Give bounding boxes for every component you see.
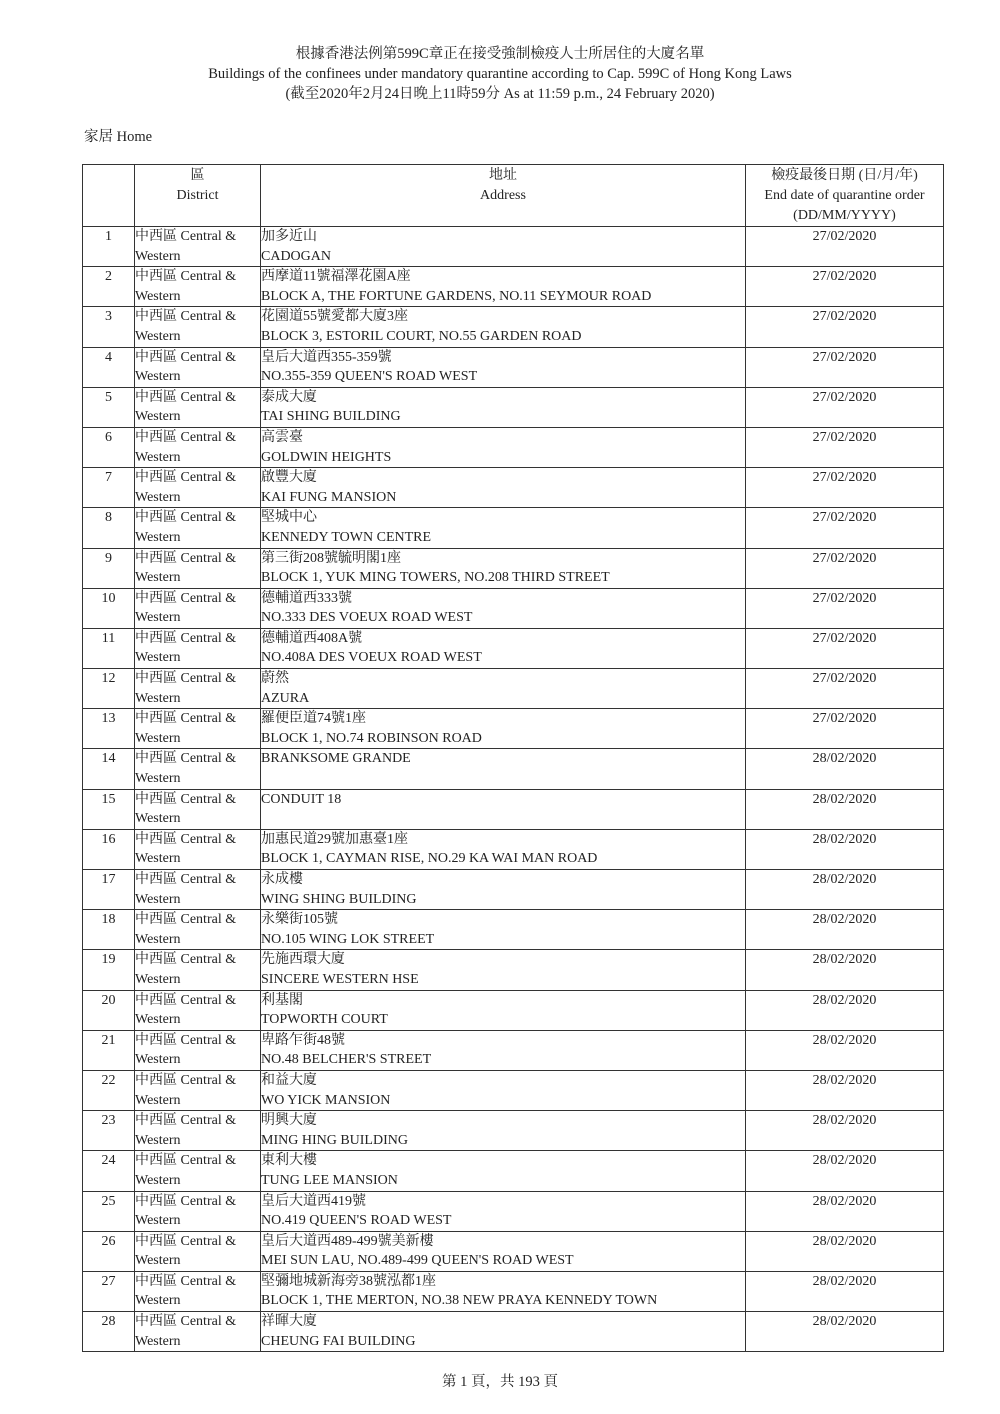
address-cell: BRANKSOME GRANDE (261, 749, 746, 789)
end-date-cell: 27/02/2020 (746, 508, 944, 548)
title-english: Buildings of the confinees under mandato… (0, 64, 1000, 84)
row-number: 1 (83, 227, 135, 267)
row-number: 25 (83, 1191, 135, 1231)
address-cell: 東利大樓 TUNG LEE MANSION (261, 1151, 746, 1191)
table-row: 3 中西區 Central & Western 花園道55號愛都大廈3座 BLO… (83, 307, 944, 347)
table-row: 1 中西區 Central & Western 加多近山 CADOGAN 27/… (83, 227, 944, 267)
row-number: 11 (83, 628, 135, 668)
table-row: 9 中西區 Central & Western 第三街208號毓明閣1座 BLO… (83, 548, 944, 588)
table-row: 18 中西區 Central & Western 永樂街105號 NO.105 … (83, 910, 944, 950)
table-row: 11 中西區 Central & Western 德輔道西408A號 NO.40… (83, 628, 944, 668)
row-number: 7 (83, 468, 135, 508)
title-chinese: 根據香港法例第599C章正在接受強制檢疫人士所居住的大廈名單 (0, 44, 1000, 64)
row-number: 18 (83, 910, 135, 950)
row-number: 17 (83, 870, 135, 910)
address-cell: 泰成大廈 TAI SHING BUILDING (261, 387, 746, 427)
district-cell: 中西區 Central & Western (135, 468, 261, 508)
row-number: 5 (83, 387, 135, 427)
table-row: 17 中西區 Central & Western 永成樓 WING SHING … (83, 870, 944, 910)
address-cell: 德輔道西408A號 NO.408A DES VOEUX ROAD WEST (261, 628, 746, 668)
address-cell: 羅便臣道74號1座 BLOCK 1, NO.74 ROBINSON ROAD (261, 709, 746, 749)
address-cell: 永樂街105號 NO.105 WING LOK STREET (261, 910, 746, 950)
district-cell: 中西區 Central & Western (135, 227, 261, 267)
row-number: 23 (83, 1111, 135, 1151)
end-date-cell: 28/02/2020 (746, 1151, 944, 1191)
end-date-cell: 28/02/2020 (746, 1312, 944, 1352)
table-row: 27 中西區 Central & Western 堅彌地城新海旁38號泓都1座 … (83, 1271, 944, 1311)
table-row: 13 中西區 Central & Western 羅便臣道74號1座 BLOCK… (83, 709, 944, 749)
end-date-cell: 28/02/2020 (746, 1111, 944, 1151)
row-number: 24 (83, 1151, 135, 1191)
table-row: 7 中西區 Central & Western 啟豐大廈 KAI FUNG MA… (83, 468, 944, 508)
district-cell: 中西區 Central & Western (135, 1191, 261, 1231)
table-row: 19 中西區 Central & Western 先施西環大廈 SINCERE … (83, 950, 944, 990)
column-header-no (83, 165, 135, 227)
district-cell: 中西區 Central & Western (135, 1151, 261, 1191)
section-heading: 家居 Home (84, 125, 152, 146)
end-date-cell: 28/02/2020 (746, 1030, 944, 1070)
end-date-cell: 28/02/2020 (746, 910, 944, 950)
district-cell: 中西區 Central & Western (135, 508, 261, 548)
district-cell: 中西區 Central & Western (135, 548, 261, 588)
district-cell: 中西區 Central & Western (135, 1312, 261, 1352)
address-cell: 祥暉大廈 CHEUNG FAI BUILDING (261, 1312, 746, 1352)
end-date-cell: 28/02/2020 (746, 1271, 944, 1311)
district-cell: 中西區 Central & Western (135, 709, 261, 749)
table-row: 16 中西區 Central & Western 加惠民道29號加惠臺1座 BL… (83, 829, 944, 869)
buildings-table: 區 District 地址 Address 檢疫最後日期 (日/月/年) End… (82, 164, 944, 1352)
address-cell: 蔚然 AZURA (261, 669, 746, 709)
district-cell: 中西區 Central & Western (135, 588, 261, 628)
district-cell: 中西區 Central & Western (135, 950, 261, 990)
row-number: 28 (83, 1312, 135, 1352)
row-number: 10 (83, 588, 135, 628)
end-date-cell: 28/02/2020 (746, 990, 944, 1030)
address-cell: 皇后大道西355-359號 NO.355-359 QUEEN'S ROAD WE… (261, 347, 746, 387)
end-date-cell: 28/02/2020 (746, 1070, 944, 1110)
district-cell: 中西區 Central & Western (135, 829, 261, 869)
address-cell: 高雲臺 GOLDWIN HEIGHTS (261, 427, 746, 467)
district-cell: 中西區 Central & Western (135, 749, 261, 789)
end-date-cell: 27/02/2020 (746, 347, 944, 387)
column-header-district: 區 District (135, 165, 261, 227)
table-row: 2 中西區 Central & Western 西摩道11號福澤花園A座 BLO… (83, 267, 944, 307)
document-title: 根據香港法例第599C章正在接受強制檢疫人士所居住的大廈名單 Buildings… (0, 44, 1000, 104)
address-cell: 加多近山 CADOGAN (261, 227, 746, 267)
end-date-cell: 28/02/2020 (746, 749, 944, 789)
row-number: 2 (83, 267, 135, 307)
address-cell: 永成樓 WING SHING BUILDING (261, 870, 746, 910)
district-cell: 中西區 Central & Western (135, 669, 261, 709)
row-number: 16 (83, 829, 135, 869)
table-row: 10 中西區 Central & Western 德輔道西333號 NO.333… (83, 588, 944, 628)
table-row: 23 中西區 Central & Western 明興大廈 MING HING … (83, 1111, 944, 1151)
table-row: 14 中西區 Central & Western BRANKSOME GRAND… (83, 749, 944, 789)
district-cell: 中西區 Central & Western (135, 387, 261, 427)
address-cell: 皇后大道西419號 NO.419 QUEEN'S ROAD WEST (261, 1191, 746, 1231)
address-cell: 和益大廈 WO YICK MANSION (261, 1070, 746, 1110)
row-number: 3 (83, 307, 135, 347)
district-cell: 中西區 Central & Western (135, 1070, 261, 1110)
column-header-address: 地址 Address (261, 165, 746, 227)
district-cell: 中西區 Central & Western (135, 307, 261, 347)
district-cell: 中西區 Central & Western (135, 628, 261, 668)
district-cell: 中西區 Central & Western (135, 1111, 261, 1151)
row-number: 4 (83, 347, 135, 387)
table-row: 8 中西區 Central & Western 堅城中心 KENNEDY TOW… (83, 508, 944, 548)
district-cell: 中西區 Central & Western (135, 870, 261, 910)
address-cell: 花園道55號愛都大廈3座 BLOCK 3, ESTORIL COURT, NO.… (261, 307, 746, 347)
end-date-cell: 28/02/2020 (746, 1191, 944, 1231)
end-date-cell: 27/02/2020 (746, 709, 944, 749)
address-cell: 利基閣 TOPWORTH COURT (261, 990, 746, 1030)
address-cell: 堅城中心 KENNEDY TOWN CENTRE (261, 508, 746, 548)
table-row: 6 中西區 Central & Western 高雲臺 GOLDWIN HEIG… (83, 427, 944, 467)
row-number: 14 (83, 749, 135, 789)
district-cell: 中西區 Central & Western (135, 990, 261, 1030)
table-row: 26 中西區 Central & Western 皇后大道西489-499號美新… (83, 1231, 944, 1271)
district-cell: 中西區 Central & Western (135, 1030, 261, 1070)
district-cell: 中西區 Central & Western (135, 427, 261, 467)
address-cell: 先施西環大廈 SINCERE WESTERN HSE (261, 950, 746, 990)
table-row: 12 中西區 Central & Western 蔚然 AZURA 27/02/… (83, 669, 944, 709)
table-row: 4 中西區 Central & Western 皇后大道西355-359號 NO… (83, 347, 944, 387)
row-number: 8 (83, 508, 135, 548)
address-cell: 堅彌地城新海旁38號泓都1座 BLOCK 1, THE MERTON, NO.3… (261, 1271, 746, 1311)
table-header-row: 區 District 地址 Address 檢疫最後日期 (日/月/年) End… (83, 165, 944, 227)
district-cell: 中西區 Central & Western (135, 789, 261, 829)
row-number: 13 (83, 709, 135, 749)
table-row: 24 中西區 Central & Western 東利大樓 TUNG LEE M… (83, 1151, 944, 1191)
address-cell: CONDUIT 18 (261, 789, 746, 829)
end-date-cell: 27/02/2020 (746, 387, 944, 427)
end-date-cell: 27/02/2020 (746, 548, 944, 588)
row-number: 12 (83, 669, 135, 709)
row-number: 15 (83, 789, 135, 829)
address-cell: 加惠民道29號加惠臺1座 BLOCK 1, CAYMAN RISE, NO.29… (261, 829, 746, 869)
page-number: 第 1 頁，共 193 頁 (0, 1370, 1000, 1391)
end-date-cell: 28/02/2020 (746, 870, 944, 910)
table-row: 5 中西區 Central & Western 泰成大廈 TAI SHING B… (83, 387, 944, 427)
end-date-cell: 27/02/2020 (746, 267, 944, 307)
end-date-cell: 27/02/2020 (746, 427, 944, 467)
address-cell: 明興大廈 MING HING BUILDING (261, 1111, 746, 1151)
address-cell: 啟豐大廈 KAI FUNG MANSION (261, 468, 746, 508)
row-number: 19 (83, 950, 135, 990)
row-number: 22 (83, 1070, 135, 1110)
end-date-cell: 28/02/2020 (746, 1231, 944, 1271)
row-number: 26 (83, 1231, 135, 1271)
end-date-cell: 28/02/2020 (746, 789, 944, 829)
address-cell: 卑路乍街48號 NO.48 BELCHER'S STREET (261, 1030, 746, 1070)
address-cell: 德輔道西333號 NO.333 DES VOEUX ROAD WEST (261, 588, 746, 628)
end-date-cell: 27/02/2020 (746, 227, 944, 267)
row-number: 21 (83, 1030, 135, 1070)
end-date-cell: 27/02/2020 (746, 669, 944, 709)
row-number: 6 (83, 427, 135, 467)
row-number: 20 (83, 990, 135, 1030)
district-cell: 中西區 Central & Western (135, 267, 261, 307)
end-date-cell: 27/02/2020 (746, 628, 944, 668)
column-header-end-date: 檢疫最後日期 (日/月/年) End date of quarantine or… (746, 165, 944, 227)
as-at-timestamp: (截至2020年2月24日晚上11時59分 As at 11:59 p.m., … (0, 84, 1000, 104)
table-row: 25 中西區 Central & Western 皇后大道西419號 NO.41… (83, 1191, 944, 1231)
table-row: 21 中西區 Central & Western 卑路乍街48號 NO.48 B… (83, 1030, 944, 1070)
end-date-cell: 28/02/2020 (746, 829, 944, 869)
table-row: 28 中西區 Central & Western 祥暉大廈 CHEUNG FAI… (83, 1312, 944, 1352)
district-cell: 中西區 Central & Western (135, 1231, 261, 1271)
table-row: 22 中西區 Central & Western 和益大廈 WO YICK MA… (83, 1070, 944, 1110)
district-cell: 中西區 Central & Western (135, 910, 261, 950)
end-date-cell: 27/02/2020 (746, 307, 944, 347)
row-number: 27 (83, 1271, 135, 1311)
district-cell: 中西區 Central & Western (135, 347, 261, 387)
row-number: 9 (83, 548, 135, 588)
address-cell: 第三街208號毓明閣1座 BLOCK 1, YUK MING TOWERS, N… (261, 548, 746, 588)
address-cell: 西摩道11號福澤花園A座 BLOCK A, THE FORTUNE GARDEN… (261, 267, 746, 307)
table-row: 20 中西區 Central & Western 利基閣 TOPWORTH CO… (83, 990, 944, 1030)
address-cell: 皇后大道西489-499號美新樓 MEI SUN LAU, NO.489-499… (261, 1231, 746, 1271)
end-date-cell: 27/02/2020 (746, 468, 944, 508)
table-row: 15 中西區 Central & Western CONDUIT 18 28/0… (83, 789, 944, 829)
end-date-cell: 27/02/2020 (746, 588, 944, 628)
district-cell: 中西區 Central & Western (135, 1271, 261, 1311)
end-date-cell: 28/02/2020 (746, 950, 944, 990)
